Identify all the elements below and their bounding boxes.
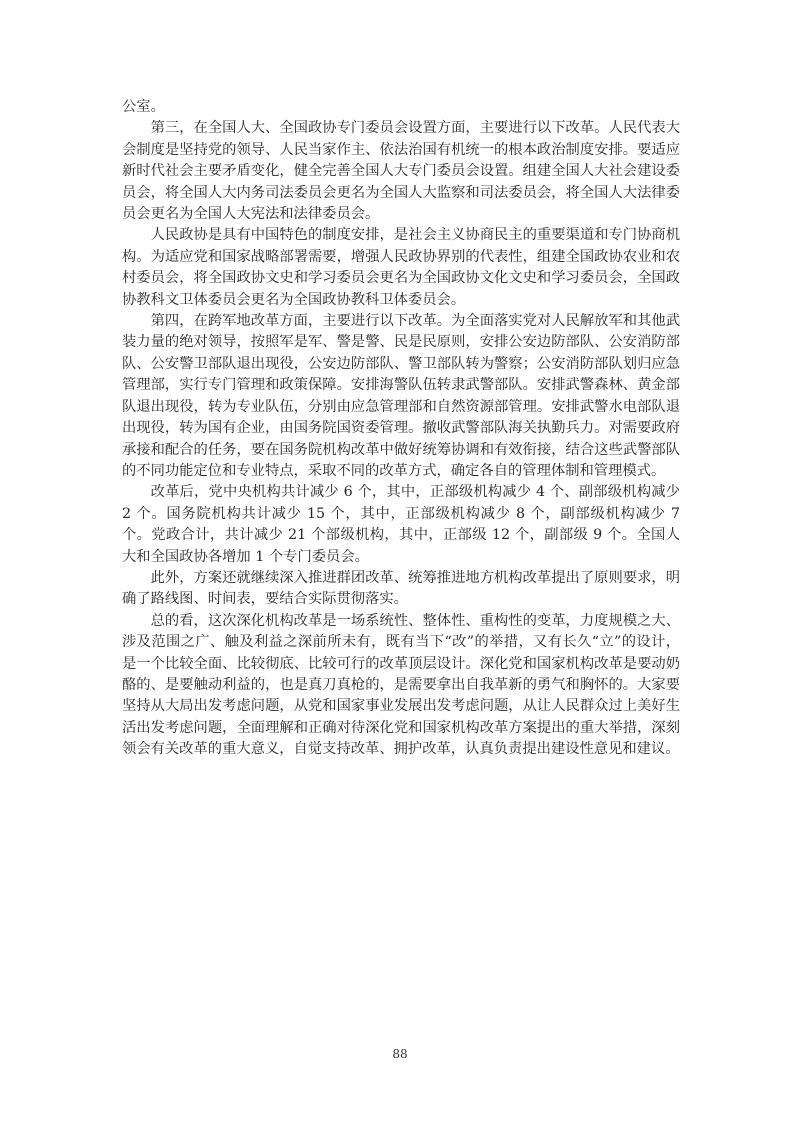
paragraph-point-three-npc-cppcc-committees: 第三，在全国人大、全国政协专门委员会设置方面，主要进行以下改革。人民代表大会制度… bbox=[122, 118, 680, 225]
page-number: 88 bbox=[0, 1046, 800, 1062]
paragraph-additional-requirements: 此外，方案还就继续深入推进群团改革、统筹推进地方机构改革提出了原则要求，明确了路… bbox=[122, 568, 680, 611]
document-page: 公室。 第三，在全国人大、全国政协专门委员会设置方面，主要进行以下改革。人民代表… bbox=[0, 0, 800, 1133]
paragraph-point-four-military-civilian-reform: 第四，在跨军地改革方面，主要进行以下改革。为全面落实党对人民解放军和其他武装力量… bbox=[122, 311, 680, 482]
paragraph-reduction-statistics: 改革后，党中央机构共计减少 6 个，其中，正部级机构减少 4 个、副部级机构减少… bbox=[122, 482, 680, 568]
paragraph-continuation: 公室。 bbox=[122, 97, 680, 118]
paragraph-cppcc-committees: 人民政协是具有中国特色的制度安排，是社会主义协商民主的重要渠道和专门协商机构。为… bbox=[122, 225, 680, 311]
paragraph-overall-summary: 总的看，这次深化机构改革是一场系统性、整体性、重构性的变革，力度规模之大、涉及范… bbox=[122, 611, 680, 761]
document-body: 公室。 第三，在全国人大、全国政协专门委员会设置方面，主要进行以下改革。人民代表… bbox=[122, 97, 680, 761]
